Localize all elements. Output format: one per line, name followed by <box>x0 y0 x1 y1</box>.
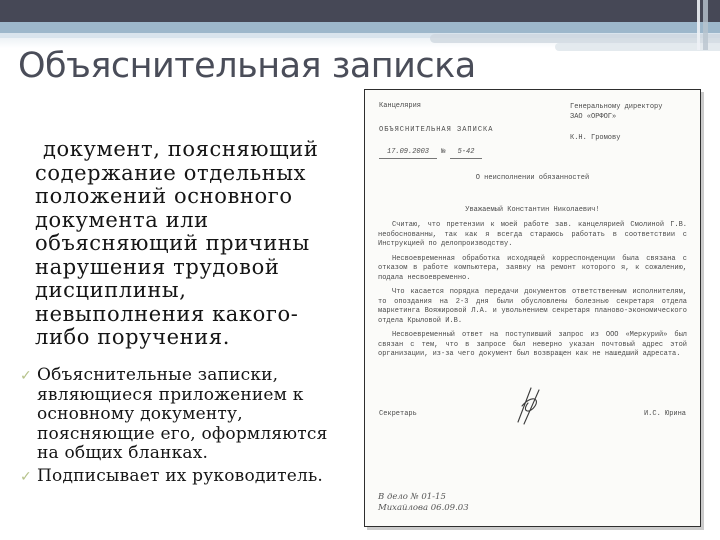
doc-body: Считаю, что претензии к моей работе зав.… <box>378 216 687 360</box>
check-icon: ✓ <box>20 468 32 488</box>
doc-paragraph: Что касается порядка передачи документов… <box>378 288 687 326</box>
doc-subject: О неисполнении обязанностей <box>365 174 700 184</box>
doc-date-line: 17.09.2003 № 5-42 <box>379 148 482 159</box>
doc-addressee: Генеральному директору ЗАО «ОРФОГ» <box>570 102 690 122</box>
definition-text: документ, поясняющий содержание отдельны… <box>35 138 335 350</box>
bullet-item: ✓ Объяснительные записки, являющиеся при… <box>20 366 335 464</box>
header-bar-dark <box>0 0 720 22</box>
doc-paragraph: Считаю, что претензии к моей работе зав.… <box>378 221 687 250</box>
doc-signer-name: И.С. Юрина <box>644 410 686 420</box>
signature-icon <box>509 386 551 431</box>
bullet-text: Подписывает их руководитель. <box>37 466 323 486</box>
doc-number: 5-42 <box>450 148 483 159</box>
header-vertical-line-2 <box>703 0 708 50</box>
bullet-text: Объяснительные записки, являющиеся прило… <box>37 365 328 463</box>
doc-addressee-name: К.Н. Громову <box>570 134 620 144</box>
doc-paragraph: Несвоевременный ответ на поступивший зап… <box>378 331 687 360</box>
doc-date: 17.09.2003 <box>379 148 437 159</box>
header-stripe-decor-1 <box>430 34 720 43</box>
doc-number-sign: № <box>441 148 445 156</box>
doc-type-heading: ОБЪЯСНИТЕЛЬНАЯ ЗАПИСКА <box>379 126 493 136</box>
slide-title: Объяснительная записка <box>18 46 618 86</box>
doc-signature-row: Секретарь И.С. Юрина <box>379 392 686 428</box>
doc-paragraph: Несвоевременная обработка исходящей корр… <box>378 255 687 284</box>
header-band-blue <box>0 22 720 33</box>
bullet-list: ✓ Объяснительные записки, являющиеся при… <box>20 366 335 489</box>
document-scan-image: Канцелярия Генеральному директору ЗАО «О… <box>364 89 701 527</box>
doc-salutation: Уважаемый Константин Николаевич! <box>365 206 700 216</box>
bullet-item: ✓ Подписывает их руководитель. <box>20 467 335 487</box>
presentation-slide: Объяснительная записка документ, поясняю… <box>0 0 720 540</box>
doc-department: Канцелярия <box>379 102 421 112</box>
check-icon: ✓ <box>20 367 32 387</box>
header-vertical-line-1 <box>697 0 700 50</box>
doc-signer-title: Секретарь <box>379 410 417 420</box>
doc-resolution-note: В дело № 01-15 Михайлова 06.09.03 <box>378 492 469 514</box>
